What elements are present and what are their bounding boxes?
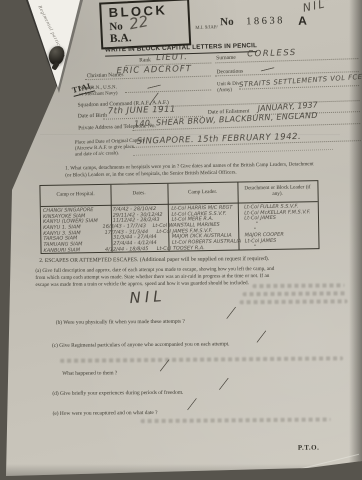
q2a-line3: escape was made from a train or vehicle … xyxy=(35,280,249,288)
pencil-slash-mark xyxy=(219,378,229,391)
right-edge-shadow xyxy=(349,0,362,480)
bleed-through-text xyxy=(252,283,344,288)
bleed-through-text xyxy=(240,299,348,304)
bleed-through-text xyxy=(243,291,347,296)
pencil-slash-mark xyxy=(226,307,236,320)
bleed-through-text xyxy=(60,356,343,362)
pencil-slash-mark xyxy=(187,398,197,411)
pencil-slash-mark xyxy=(256,330,266,343)
bleed-through-text xyxy=(141,417,331,423)
nil-answer: NIL xyxy=(129,287,166,307)
q2b-text: (b) Were you physically fit when you mad… xyxy=(56,319,185,326)
scanned-document: BLOCK No 22 B.A. M.I. 9/JAP/ No 18638 A … xyxy=(0,0,362,480)
pto-label: P.T.O. xyxy=(298,444,320,452)
q2c2-text: What happened to them ? xyxy=(62,370,117,376)
q2e-text: (e) How were you recaptured and on what … xyxy=(53,410,158,417)
q2c-text: (c) Give Regimental particulars of anyon… xyxy=(52,341,230,349)
q2-heading: 2. ESCAPES OR ATTEMPTED ESCAPES. (Additi… xyxy=(39,256,269,264)
q2d-text: (d) Give briefly your experiences during… xyxy=(52,390,183,397)
